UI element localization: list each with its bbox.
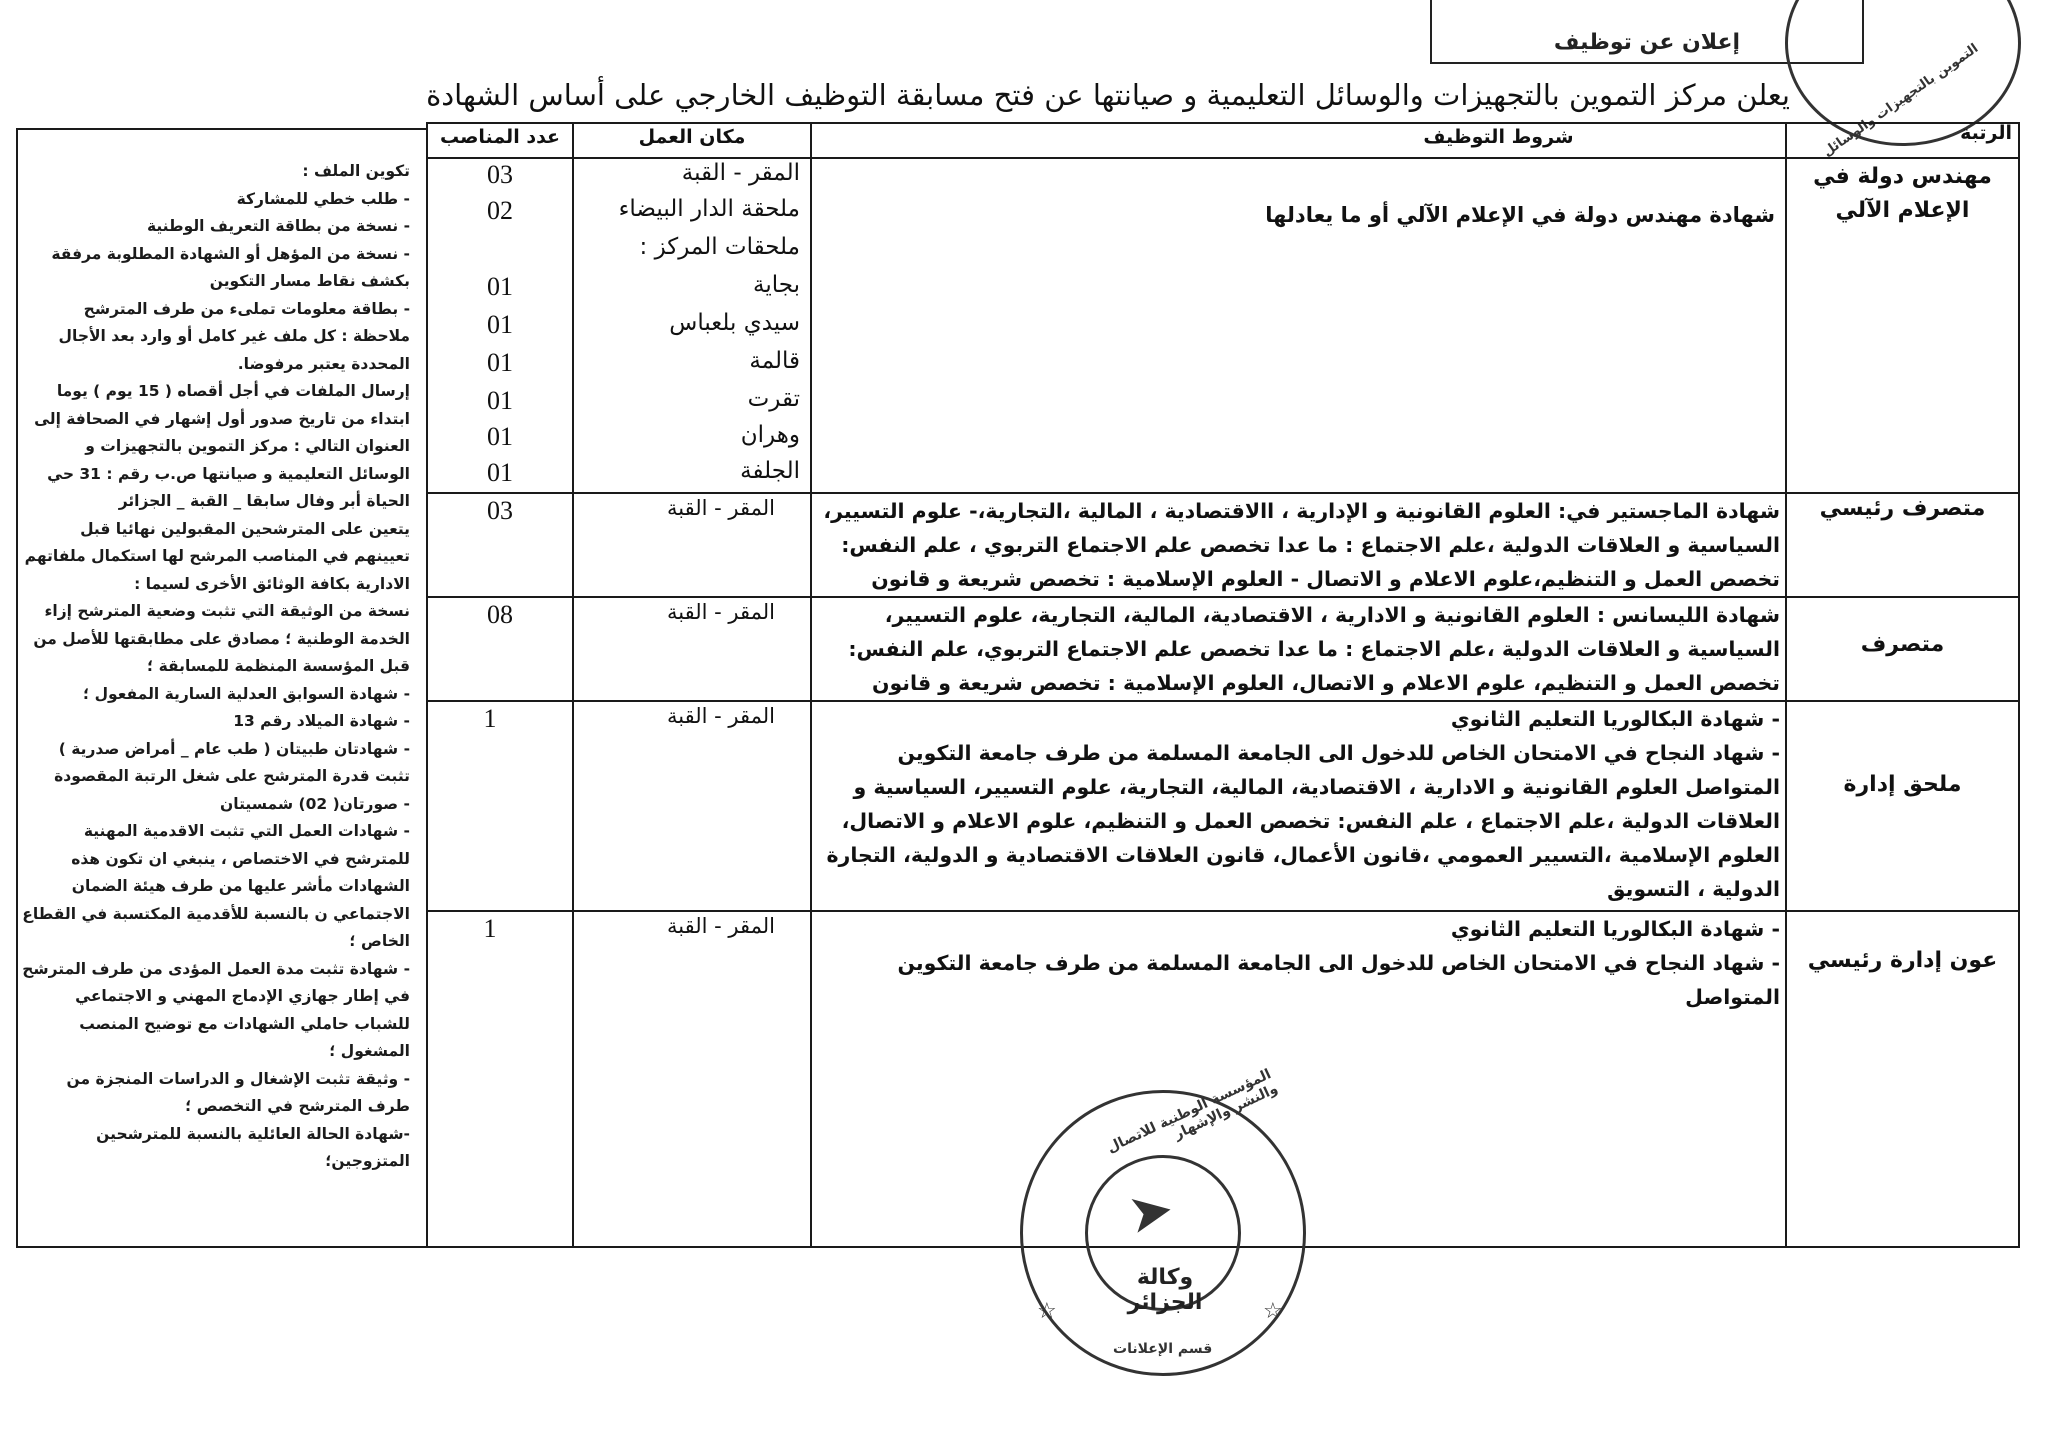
condition-line: - شهادة البكالوريا التعليم الثانوي (820, 702, 1780, 736)
requirement-item: إرسال الملفات في أجل أقصاه ( 15 يوم ) يو… (20, 378, 410, 516)
requirement-item: - شهادة الميلاد رقم 13 (20, 708, 410, 736)
location-item: المقر - القبة (575, 496, 775, 520)
posts-count: 01 (455, 310, 545, 340)
column-header-conditions: شروط التوظيف (812, 126, 1785, 148)
header-row-divider (426, 157, 2020, 159)
posts-count: 1 (445, 704, 535, 734)
location-item: ملحقة الدار البيضاء (600, 196, 800, 222)
rank-label: متصرف (1861, 632, 1945, 657)
rank-label: عون إدارة رئيسي (1808, 948, 1998, 973)
rank-label: ملحق إدارة (1844, 772, 1962, 797)
column-header-posts: عدد المناصب (428, 126, 572, 148)
table-border-top (426, 122, 2020, 124)
condition-line: - شهاد النجاح في الامتحان الخاص للدخول ا… (820, 946, 1780, 1014)
file-requirements: تكوين الملف : - طلب خطي للمشاركة - نسخة … (20, 158, 410, 1176)
star-icon: ☆ (1263, 1299, 1283, 1324)
requirement-item: - وثيقة تثبت الإشغال و الدراسات المنجزة … (20, 1066, 410, 1121)
requirement-item: - شهادة السوابق العدلية السارية المفعول … (20, 681, 410, 709)
location-item: المقر - القبة (575, 600, 775, 624)
condition-line: - شهاد النجاح في الامتحان الخاص للدخول ا… (820, 736, 1780, 906)
page-title: يعلن مركز التموين بالتجهيزات والوسائل ال… (370, 78, 1790, 112)
location-item: بجاية (600, 272, 800, 298)
requirement-item: - نسخة من المؤهل أو الشهادة المطلوبة مرف… (20, 241, 410, 296)
requirement-item: - شهادتان طبيتان ( طب عام _ أمراض صدرية … (20, 736, 410, 791)
stamp-center-text: وكالة الجزائر (1115, 1265, 1215, 1315)
rank-cell: متصرف رئيسي (1787, 492, 2018, 526)
anep-logo-icon: ➤ (1123, 1177, 1179, 1247)
requirement-item: - نسخة من بطاقة التعريف الوطنية (20, 213, 410, 241)
posts-count: 01 (455, 348, 545, 378)
table-border-right (2018, 122, 2020, 1248)
location-item: سيدي بلعباس (600, 310, 800, 336)
requirement-item: - شهادات العمل التي تثبت الاقدمية المهني… (20, 818, 410, 956)
location-item: المقر - القبة (600, 160, 800, 186)
posts-count: 03 (455, 496, 545, 526)
docs-border-top (16, 128, 428, 130)
col-divider-rank (1785, 122, 1787, 1248)
posts-count: 01 (455, 386, 545, 416)
stamp-bottom-text: قسم الإعلانات (1113, 1341, 1212, 1357)
rank-cell: ملحق إدارة (1787, 768, 2018, 802)
table-border-left (16, 128, 18, 1248)
conditions-cell: شهادة الليسانس : العلوم القانونية و الاد… (820, 598, 1780, 700)
conditions-cell: شهادة مهندس دولة في الإعلام الآلي أو ما … (820, 198, 1775, 232)
posts-count: 03 (455, 160, 545, 190)
col-divider-location (572, 122, 574, 1248)
posts-count: 01 (455, 422, 545, 452)
posts-count: 1 (445, 914, 535, 944)
table-border-bottom (16, 1246, 2020, 1248)
posts-count: 01 (455, 272, 545, 302)
location-item: الجلفة (600, 458, 800, 484)
location-item: ملحقات المركز : (600, 234, 800, 260)
requirement-note: ملاحظة : كل ملف غير كامل أو وارد بعد الأ… (20, 323, 410, 378)
conditions-cell: شهادة الماجستير في: العلوم القانونية و ا… (820, 494, 1780, 596)
conditions-cell: - شهادة البكالوريا التعليم الثانوي - شها… (820, 702, 1780, 906)
requirement-item: - صورتان( 02) شمسيتان (20, 791, 410, 819)
column-header-rank: الرتبة (1787, 122, 2018, 144)
rank-label: متصرف رئيسي (1820, 496, 1986, 521)
posts-count: 01 (455, 458, 545, 488)
col-divider-posts (426, 122, 428, 1248)
location-item: المقر - القبة (575, 704, 775, 728)
posts-count: 02 (455, 196, 545, 226)
requirement-item: - طلب خطي للمشاركة (20, 186, 410, 214)
requirement-item: نسخة من الوثيقة التي تثبت وضعية المترشح … (20, 598, 410, 681)
col-divider-conditions (810, 122, 812, 1248)
location-item: وهران (600, 422, 800, 448)
announcement-header-text: إعلان عن توظيف (1554, 30, 1740, 55)
requirement-item: تكوين الملف : (20, 158, 410, 186)
column-header-location: مكان العمل (574, 126, 810, 148)
requirement-item: - شهادة تثبت مدة العمل المؤدى من طرف الم… (20, 956, 410, 1066)
star-icon: ☆ (1037, 1299, 1057, 1324)
requirement-item: - بطاقة معلومات تملىء من طرف المترشح (20, 296, 410, 324)
condition-line: - شهادة البكالوريا التعليم الثانوي (820, 912, 1780, 946)
requirement-item: يتعين على المترشحين المقبولين نهائيا قبل… (20, 516, 410, 599)
requirement-item: -شهادة الحالة العائلية بالنسبة للمترشحين… (20, 1121, 410, 1176)
rank-label: مهندس دولة في الإعلام الآلي (1813, 164, 1992, 223)
posts-count: 08 (455, 600, 545, 630)
rank-cell: متصرف (1787, 628, 2018, 662)
agency-stamp: ➤ وكالة الجزائر المؤسسة الوطنية للاتصال … (1020, 1090, 1306, 1376)
location-item: تقرت (600, 386, 800, 412)
rank-cell: مهندس دولة في الإعلام الآلي (1787, 160, 2018, 228)
location-item: قالمة (600, 348, 800, 374)
location-item: المقر - القبة (575, 914, 775, 938)
rank-cell: عون إدارة رئيسي (1787, 944, 2018, 978)
conditions-cell: - شهادة البكالوريا التعليم الثانوي - شها… (820, 912, 1780, 1014)
